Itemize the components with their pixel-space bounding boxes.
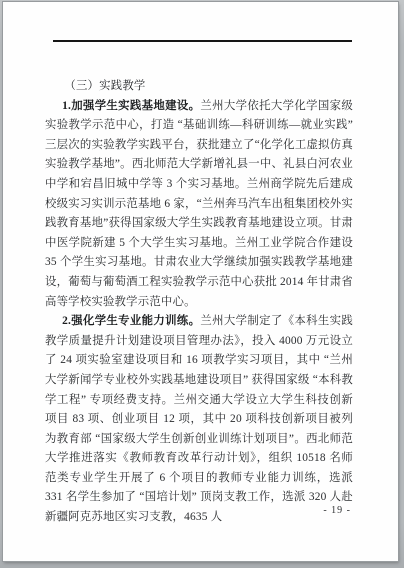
paragraph-1-lead: 1.加强学生实践基地建设。 xyxy=(62,100,200,112)
document-page: （三）实践教学 1.加强学生实践基地建设。兰州大学依托大学化学国家级实验教学示范… xyxy=(3,2,398,561)
paragraph-2-lead: 2.强化学生专业能力训练。 xyxy=(62,315,200,327)
header-rule xyxy=(53,40,352,42)
section-heading: （三）实践教学 xyxy=(45,77,353,97)
paragraph-1-text: 兰州大学依托大学化学国家级实验教学示范中心，打造 “基础训练—科研训练—就业实践… xyxy=(45,100,353,308)
document-viewer: （三）实践教学 1.加强学生实践基地建设。兰州大学依托大学化学国家级实验教学示范… xyxy=(0,0,404,568)
paragraph-2: 2.强化学生专业能力训练。兰州大学制定了《本科生实践教学质量提升计划建设项目管理… xyxy=(45,312,353,528)
paragraph-1: 1.加强学生实践基地建设。兰州大学依托大学化学国家级实验教学示范中心，打造 “基… xyxy=(45,97,353,313)
page-content: （三）实践教学 1.加强学生实践基地建设。兰州大学依托大学化学国家级实验教学示范… xyxy=(45,77,353,528)
page-number: - 19 - xyxy=(323,505,351,516)
paragraph-2-text: 兰州大学制定了《本科生实践教学质量提升计划建设项目管理办法》，投入 4000 万… xyxy=(45,315,353,523)
